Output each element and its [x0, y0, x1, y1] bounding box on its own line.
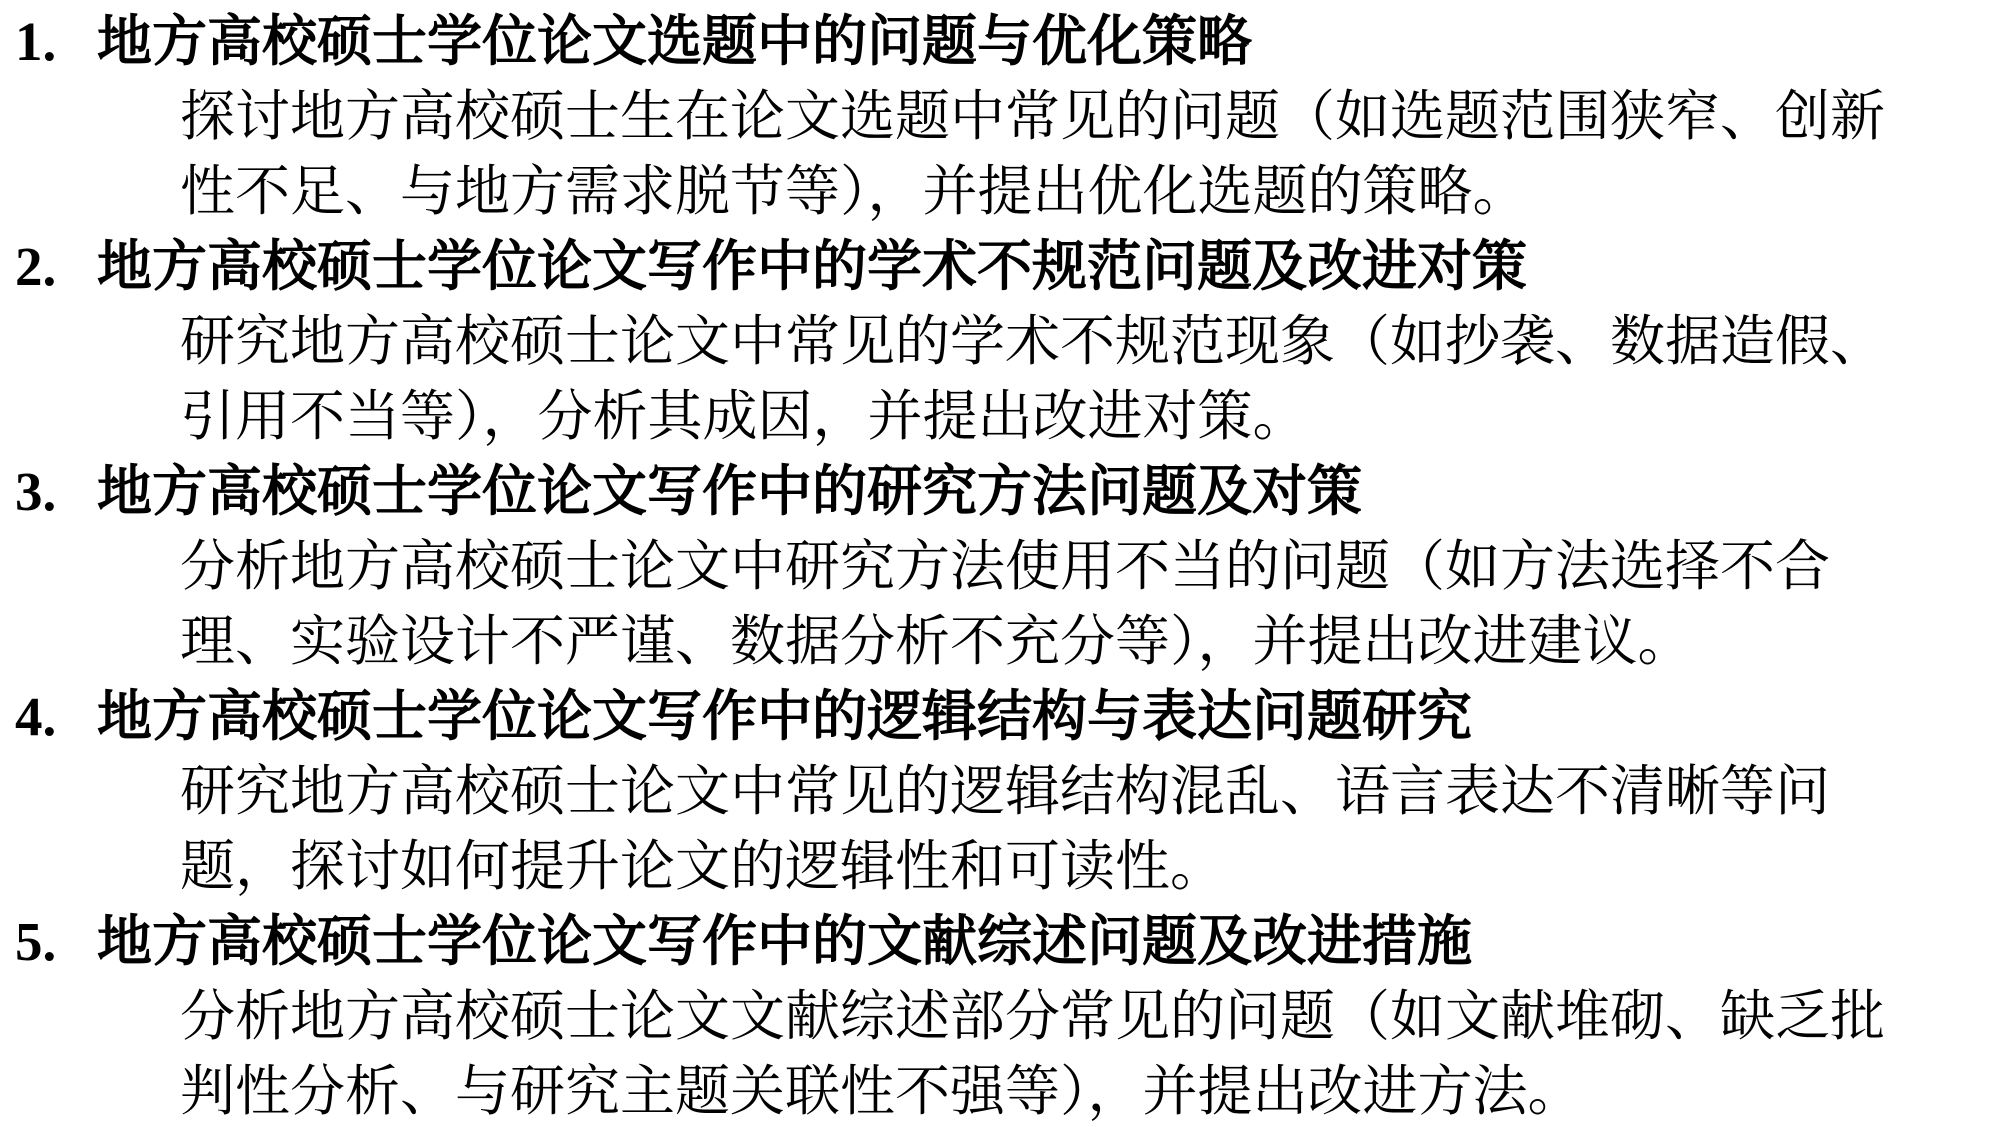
bullet-text-line: 性不足、与地方需求脱节等），并提出优化选题的策略。	[180, 154, 2000, 229]
bullet-marker-column	[0, 979, 180, 1129]
bullet-text-line: 分析地方高校硕士论文中研究方法使用不当的问题（如方法选择不合	[180, 529, 2000, 604]
bullet-row: 分析地方高校硕士论文文献综述部分常见的问题（如文献堆砌、缺乏批 判性分析、与研究…	[0, 979, 2000, 1129]
list-item: 4. 地方高校硕士学位论文写作中的逻辑结构与表达问题研究 研究地方高校硕士论文中…	[0, 679, 2000, 904]
item-number: 5.	[0, 904, 97, 979]
item-title: 地方高校硕士学位论文写作中的文献综述问题及改进措施	[97, 904, 2000, 979]
item-number: 2.	[0, 229, 97, 304]
document-page: 1. 地方高校硕士学位论文选题中的问题与优化策略 探讨地方高校硕士生在论文选题中…	[0, 0, 2000, 1134]
bullet-text-line: 研究地方高校硕士论文中常见的学术不规范现象（如抄袭、数据造假、	[180, 304, 2000, 379]
bullet-text: 研究地方高校硕士论文中常见的学术不规范现象（如抄袭、数据造假、 引用不当等），分…	[180, 304, 2000, 454]
item-title-row: 5. 地方高校硕士学位论文写作中的文献综述问题及改进措施	[0, 904, 2000, 979]
bullet-text-line: 分析地方高校硕士论文文献综述部分常见的问题（如文献堆砌、缺乏批	[180, 979, 2000, 1054]
bullet-text-line: 题，探讨如何提升论文的逻辑性和可读性。	[180, 829, 2000, 904]
list-item: 5. 地方高校硕士学位论文写作中的文献综述问题及改进措施 分析地方高校硕士论文文…	[0, 904, 2000, 1129]
bullet-text-line: 引用不当等），分析其成因，并提出改进对策。	[180, 379, 2000, 454]
bullet-text-line: 研究地方高校硕士论文中常见的逻辑结构混乱、语言表达不清晰等问	[180, 754, 2000, 829]
item-number: 4.	[0, 679, 97, 754]
item-title: 地方高校硕士学位论文选题中的问题与优化策略	[97, 4, 2000, 79]
bullet-row: 探讨地方高校硕士生在论文选题中常见的问题（如选题范围狭窄、创新 性不足、与地方需…	[0, 79, 2000, 229]
list-item: 3. 地方高校硕士学位论文写作中的研究方法问题及对策 分析地方高校硕士论文中研究…	[0, 454, 2000, 679]
bullet-row: 研究地方高校硕士论文中常见的逻辑结构混乱、语言表达不清晰等问 题，探讨如何提升论…	[0, 754, 2000, 904]
bullet-row: 研究地方高校硕士论文中常见的学术不规范现象（如抄袭、数据造假、 引用不当等），分…	[0, 304, 2000, 454]
bullet-marker-column	[0, 304, 180, 454]
bullet-marker-column	[0, 754, 180, 904]
item-number: 3.	[0, 454, 97, 529]
bullet-marker-column	[0, 79, 180, 229]
bullet-text: 分析地方高校硕士论文文献综述部分常见的问题（如文献堆砌、缺乏批 判性分析、与研究…	[180, 979, 2000, 1129]
item-title-row: 3. 地方高校硕士学位论文写作中的研究方法问题及对策	[0, 454, 2000, 529]
bullet-row: 分析地方高校硕士论文中研究方法使用不当的问题（如方法选择不合 理、实验设计不严谨…	[0, 529, 2000, 679]
list-item: 1. 地方高校硕士学位论文选题中的问题与优化策略 探讨地方高校硕士生在论文选题中…	[0, 4, 2000, 229]
bullet-text-line: 判性分析、与研究主题关联性不强等），并提出改进方法。	[180, 1054, 2000, 1129]
item-title-row: 2. 地方高校硕士学位论文写作中的学术不规范问题及改进对策	[0, 229, 2000, 304]
bullet-text: 分析地方高校硕士论文中研究方法使用不当的问题（如方法选择不合 理、实验设计不严谨…	[180, 529, 2000, 679]
item-number: 1.	[0, 4, 97, 79]
item-title-row: 4. 地方高校硕士学位论文写作中的逻辑结构与表达问题研究	[0, 679, 2000, 754]
bullet-marker-column	[0, 529, 180, 679]
item-title-row: 1. 地方高校硕士学位论文选题中的问题与优化策略	[0, 4, 2000, 79]
bullet-text: 探讨地方高校硕士生在论文选题中常见的问题（如选题范围狭窄、创新 性不足、与地方需…	[180, 79, 2000, 229]
list-item: 2. 地方高校硕士学位论文写作中的学术不规范问题及改进对策 研究地方高校硕士论文…	[0, 229, 2000, 454]
bullet-text: 研究地方高校硕士论文中常见的逻辑结构混乱、语言表达不清晰等问 题，探讨如何提升论…	[180, 754, 2000, 904]
bullet-text-line: 理、实验设计不严谨、数据分析不充分等），并提出改进建议。	[180, 604, 2000, 679]
item-title: 地方高校硕士学位论文写作中的学术不规范问题及改进对策	[97, 229, 2000, 304]
item-title: 地方高校硕士学位论文写作中的逻辑结构与表达问题研究	[97, 679, 2000, 754]
item-title: 地方高校硕士学位论文写作中的研究方法问题及对策	[97, 454, 2000, 529]
bullet-text-line: 探讨地方高校硕士生在论文选题中常见的问题（如选题范围狭窄、创新	[180, 79, 2000, 154]
